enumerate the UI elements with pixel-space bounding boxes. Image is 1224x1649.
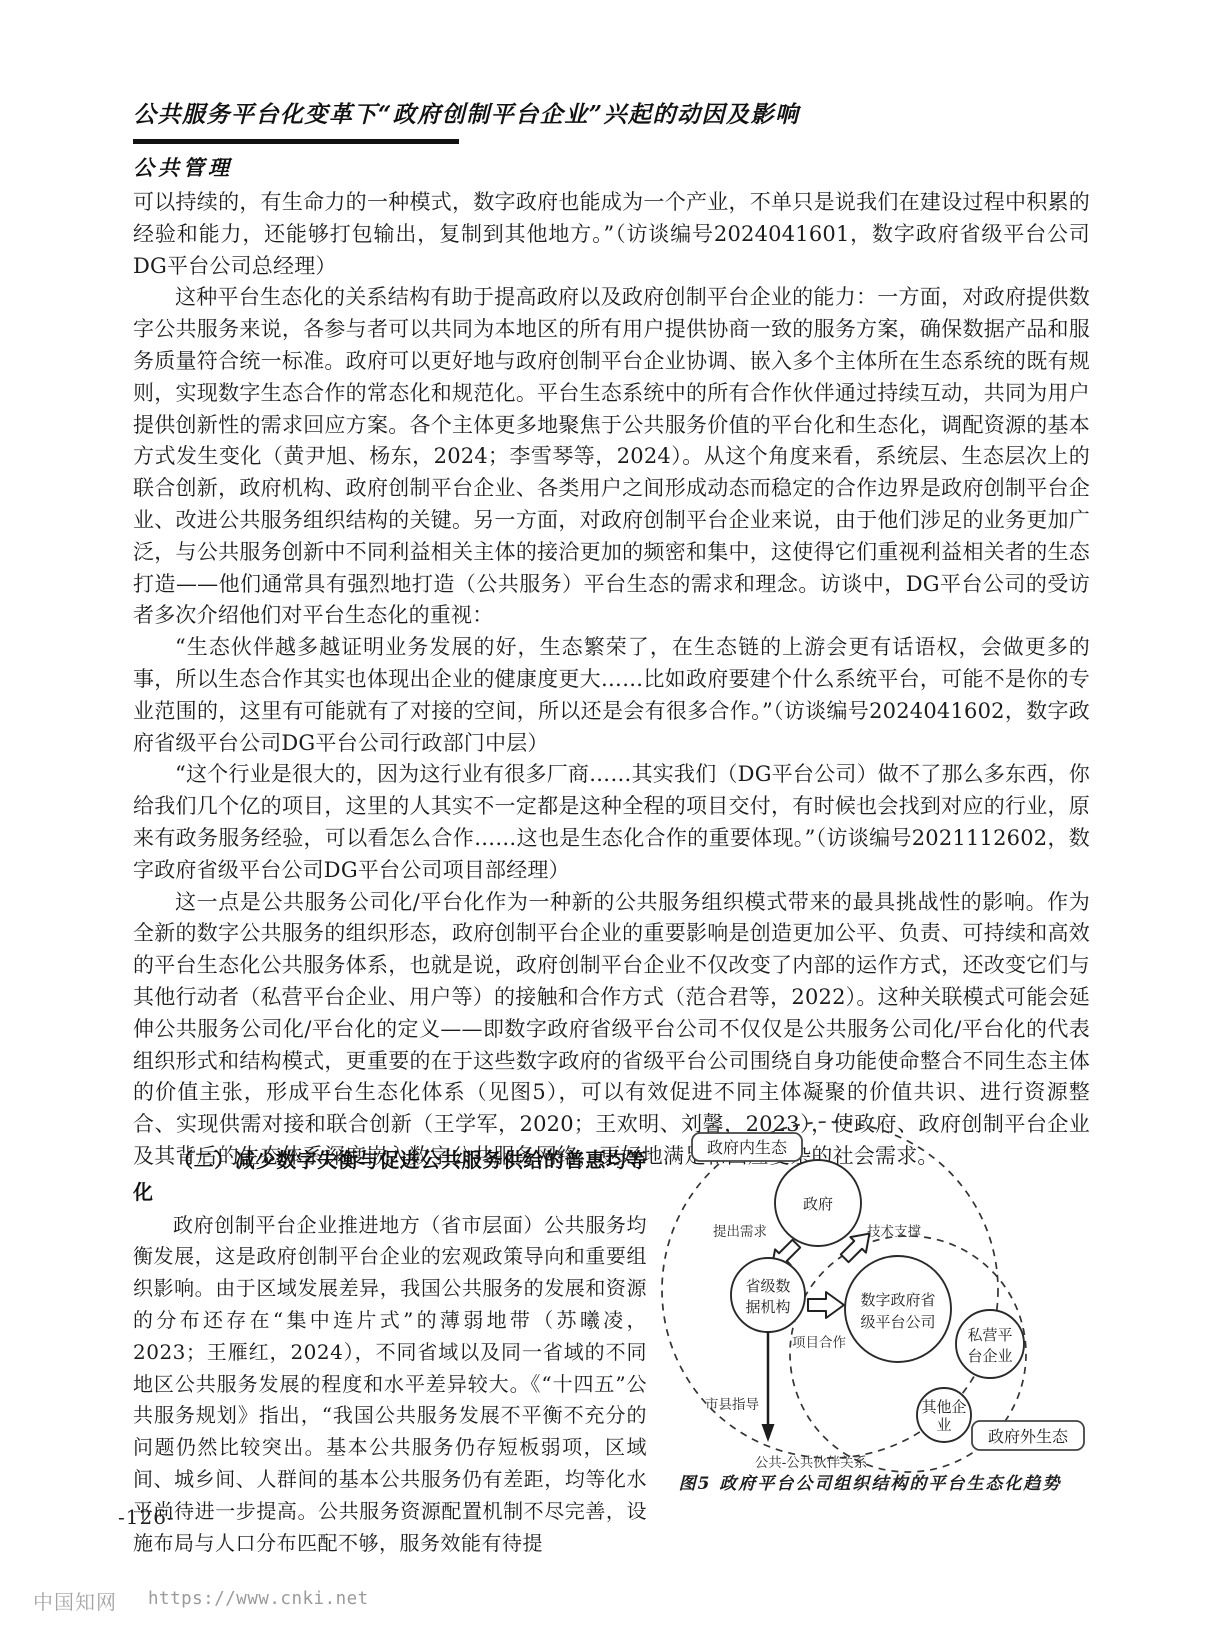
private-enterprise-label-2: 台企业 [967,1347,1012,1365]
outer-ecosystem-tag-label: 政府外生态 [988,1427,1069,1446]
ecosystem-diagram: 政府内生态 政府 提出需求 技术支撑 省级数 据机构 数字政府省 [640,1115,1100,1495]
platform-company-label-1: 数字政府省 [860,1291,935,1309]
figure-5: 政府内生态 政府 提出需求 技术支撑 省级数 据机构 数字政府省 [640,1115,1100,1495]
paper-page: 公共服务平台化变革下“政府创制平台企业”兴起的动因及影响 公共管理 可以持续的，… [0,0,1224,1649]
government-node-label: 政府 [803,1195,833,1213]
paragraph-1: 可以持续的，有生命力的一种模式，数字政府也能成为一个产业，不单只是说我们在建设过… [133,187,1090,282]
platform-company-label-2: 级平台公司 [860,1313,935,1331]
running-head-title: 公共服务平台化变革下“政府创制平台企业”兴起的动因及影响 [133,96,1093,129]
inner-ecosystem-tag-label: 政府内生态 [707,1138,788,1157]
page-number: -126- [118,1505,175,1529]
section-label: 公共管理 [133,152,233,182]
platform-company-circle [845,1256,951,1362]
other-enterprises-label-2: 业 [936,1416,951,1434]
cnki-watermark-url: https://www.cnki.net [148,1589,369,1609]
paragraph-2: 这种平台生态化的关系结构有助于提高政府以及政府创制平台企业的能力：一方面，对政府… [133,282,1090,632]
edge-label-demand: 提出需求 [713,1223,767,1240]
paragraph-6: 政府创制平台企业推进地方（省市层面）公共服务均衡发展，这是政府创制平台企业的宏观… [133,1210,647,1560]
subsection-heading: （二）减少数字失衡与促进公共服务供给的普惠均等化 [133,1146,647,1210]
private-enterprise-circle [956,1310,1024,1378]
project-cooperation-arrow-icon [808,1292,844,1318]
edge-label-city-county-guidance: 市县指导 [705,1396,759,1413]
cnki-watermark-logo: 中国知网 [33,1586,117,1615]
paragraph-4-quote: “这个行业是很大的，因为这行业有很多厂商……其实我们（DG平台公司）做不了那么多… [133,759,1090,886]
provincial-data-org-label-2: 据机构 [745,1298,790,1316]
edge-label-public-partnership: 公共-公共伙伴关系 [755,1454,868,1471]
edge-label-tech-support: 技术支撑 [867,1223,921,1240]
edge-label-project-cooperation: 项目合作 [792,1335,846,1351]
figure-caption: 图5 政府平台公司组织结构的平台生态化趋势 [679,1474,1062,1494]
provincial-data-org-label-1: 省级数 [745,1277,790,1295]
guidance-arrowhead-icon [762,1424,775,1442]
provincial-data-org-circle [731,1258,805,1332]
private-enterprise-label-1: 私营平 [967,1326,1012,1344]
body-text: 可以持续的，有生命力的一种模式，数字政府也能成为一个产业，不单只是说我们在建设过… [133,187,1090,1173]
title-underline [133,139,459,144]
other-enterprises-label-1: 其他企 [921,1398,966,1416]
left-column: （二）减少数字失衡与促进公共服务供给的普惠均等化 政府创制平台企业推进地方（省市… [133,1146,647,1559]
paragraph-3-quote: “生态伙伴越多越证明业务发展的好，生态繁荣了，在生态链的上游会更有话语权，会做更… [133,632,1090,759]
